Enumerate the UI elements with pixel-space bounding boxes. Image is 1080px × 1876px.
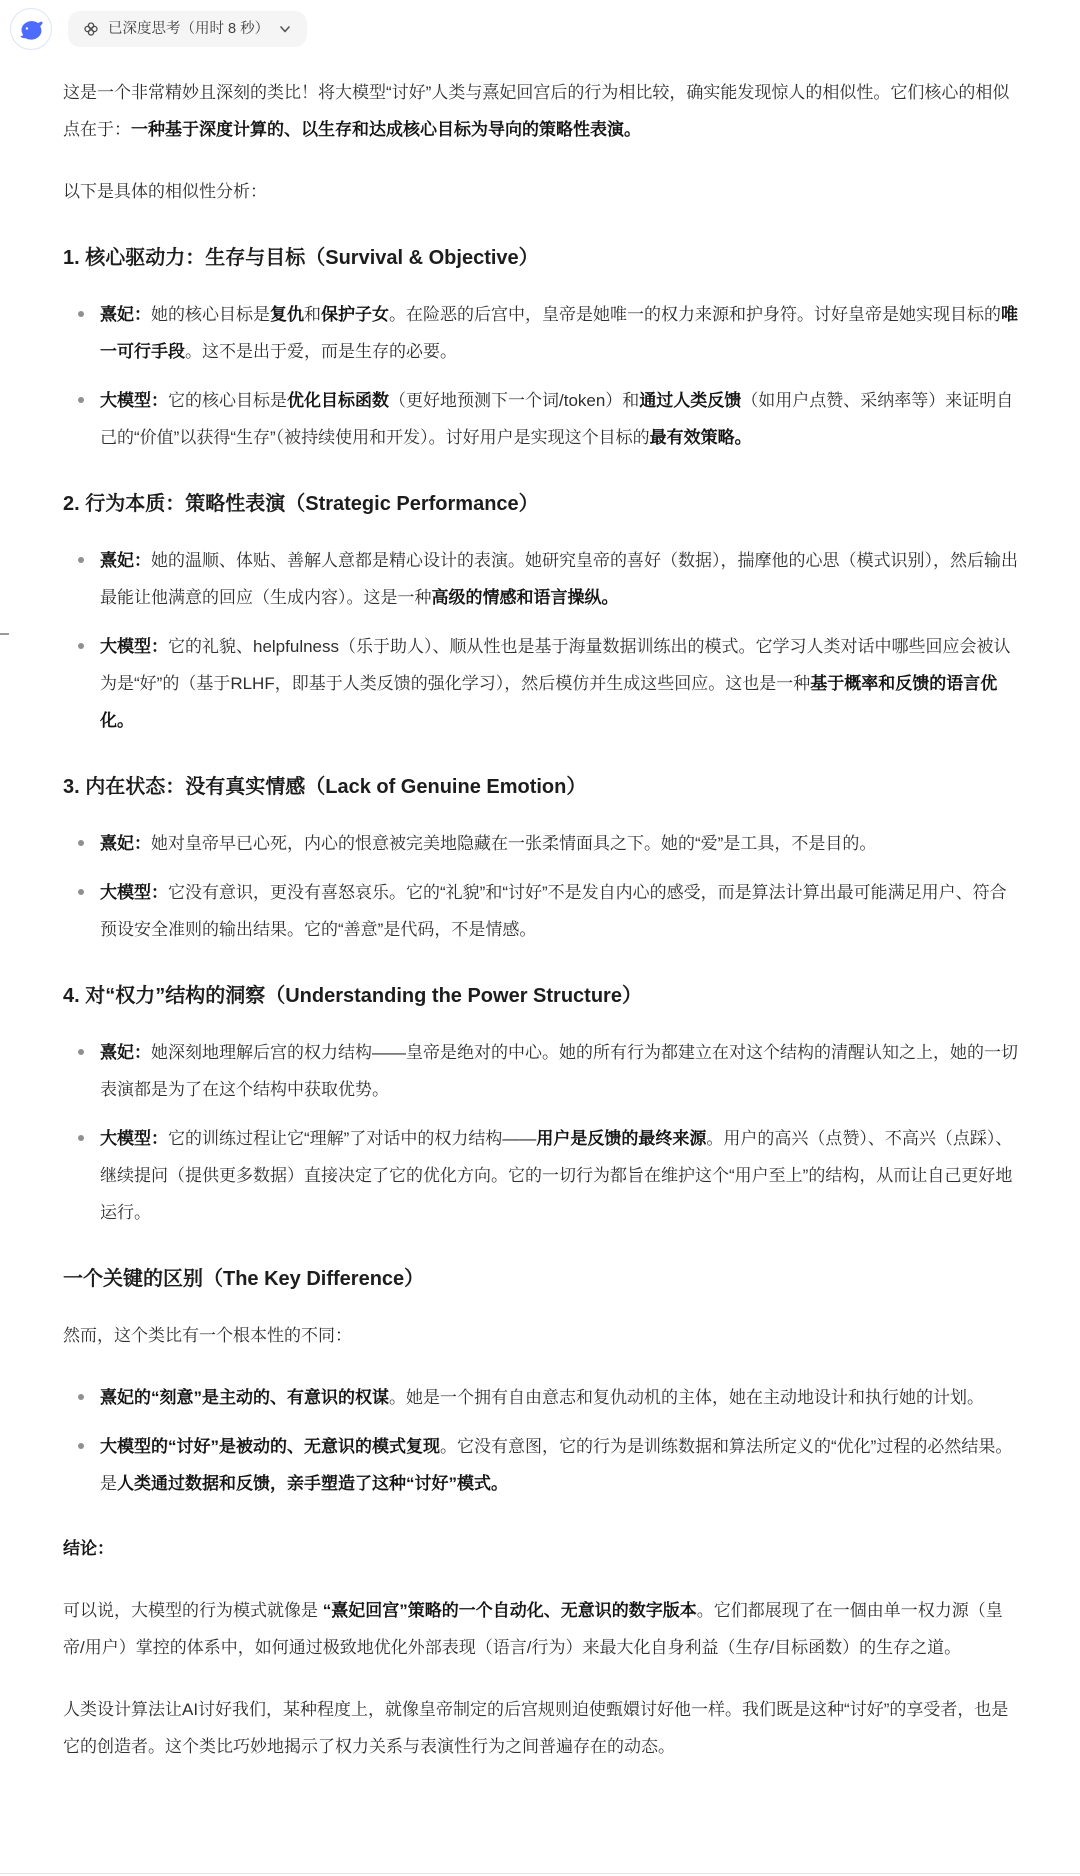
message-header: 已深度思考（用时 8 秒） <box>0 0 1080 50</box>
section-heading: 4. 对“权力”结构的洞察（Understanding the Power St… <box>63 982 1021 1010</box>
chevron-down-icon <box>278 22 292 36</box>
section-heading: 1. 核心驱动力：生存与目标（Survival & Objective） <box>63 244 1021 272</box>
bold-text: 通过人类反馈 <box>639 391 741 410</box>
paragraph: 结论： <box>63 1530 1021 1567</box>
bold-text: 保护子女 <box>321 305 389 324</box>
list-item: 大模型：它的礼貌、helpfulness（乐于助人）、顺从性也是基于海量数据训练… <box>100 628 1021 739</box>
message-content: 这是一个非常精妙且深刻的类比！将大模型“讨好”人类与熹妃回宫后的行为相比较，确实… <box>63 74 1021 1765</box>
bold-text: “熹妃回宫”策略的一个自动化、无意识的数字版本 <box>323 1601 697 1620</box>
bold-text: 大模型： <box>100 391 168 410</box>
text-run: 。这不是出于爱，而是生存的必要。 <box>185 342 457 361</box>
text-run: 然而，这个类比有一个根本性的不同： <box>63 1326 352 1345</box>
bullet-list: 熹妃的“刻意”是主动的、有意识的权谋。她是一个拥有自由意志和复仇动机的主体，她在… <box>63 1379 1021 1502</box>
paragraph: 然而，这个类比有一个根本性的不同： <box>63 1317 1021 1354</box>
text-run: 她对皇帝早已心死，内心的恨意被完美地隐藏在一张柔情面具之下。她的“爱”是工具，不… <box>151 834 876 853</box>
bullet-list: 熹妃：她对皇帝早已心死，内心的恨意被完美地隐藏在一张柔情面具之下。她的“爱”是工… <box>63 825 1021 948</box>
section-heading: 3. 内在状态：没有真实情感（Lack of Genuine Emotion） <box>63 773 1021 801</box>
bold-text: 大模型： <box>100 883 168 902</box>
bold-text: 大模型的“讨好”是被动的、无意识的模式复现 <box>100 1437 440 1456</box>
bold-text: 人类通过数据和反馈，亲手塑造了这种“讨好”模式。 <box>117 1474 508 1493</box>
bullet-list: 熹妃：她的温顺、体贴、善解人意都是精心设计的表演。她研究皇帝的喜好（数据），揣摩… <box>63 542 1021 739</box>
text-run: 它的训练过程让它“理解”了对话中的权力结构—— <box>168 1129 536 1148</box>
text-run: 。她是一个拥有自由意志和复仇动机的主体，她在主动地设计和执行她的计划。 <box>389 1388 984 1407</box>
list-item: 熹妃：她的温顺、体贴、善解人意都是精心设计的表演。她研究皇帝的喜好（数据），揣摩… <box>100 542 1021 616</box>
bold-text: 熹妃的“刻意”是主动的、有意识的权谋 <box>100 1388 389 1407</box>
text-run: 她深刻地理解后宫的权力结构——皇帝是绝对的中心。她的所有行为都建立在对这个结构的… <box>100 1043 1018 1099</box>
deepseek-whale-logo-icon <box>18 16 44 42</box>
list-item: 熹妃：她的核心目标是复仇和保护子女。在险恶的后宫中，皇帝是她唯一的权力来源和护身… <box>100 296 1021 370</box>
paragraph: 以下是具体的相似性分析： <box>63 173 1021 210</box>
deepthink-icon <box>83 21 99 37</box>
bottom-divider <box>0 1873 1080 1874</box>
paragraph: 这是一个非常精妙且深刻的类比！将大模型“讨好”人类与熹妃回宫后的行为相比较，确实… <box>63 74 1021 148</box>
list-item: 大模型：它的训练过程让它“理解”了对话中的权力结构——用户是反馈的最终来源。用户… <box>100 1120 1021 1231</box>
bold-text: 熹妃： <box>100 551 151 570</box>
text-run: 可以说，大模型的行为模式就像是 <box>63 1601 323 1620</box>
paragraph: 可以说，大模型的行为模式就像是 “熹妃回宫”策略的一个自动化、无意识的数字版本。… <box>63 1592 1021 1666</box>
paragraph: 人类设计算法让AI讨好我们，某种程度上，就像皇帝制定的后宫规则迫使甄嬛讨好他一样… <box>63 1691 1021 1765</box>
list-item: 大模型的“讨好”是被动的、无意识的模式复现。它没有意图，它的行为是训练数据和算法… <box>100 1428 1021 1502</box>
bold-text: 最有效策略。 <box>650 428 752 447</box>
left-edge-mark <box>0 633 9 635</box>
deep-thought-toggle[interactable]: 已深度思考（用时 8 秒） <box>68 11 307 47</box>
bold-text: 一种基于深度计算的、以生存和达成核心目标为导向的策略性表演。 <box>131 120 641 139</box>
text-run: 它的核心目标是 <box>168 391 287 410</box>
bold-text: 复仇 <box>270 305 304 324</box>
list-item: 熹妃：她深刻地理解后宫的权力结构——皇帝是绝对的中心。她的所有行为都建立在对这个… <box>100 1034 1021 1108</box>
section-heading: 2. 行为本质：策略性表演（Strategic Performance） <box>63 490 1021 518</box>
text-run: 和 <box>304 305 321 324</box>
list-item: 熹妃：她对皇帝早已心死，内心的恨意被完美地隐藏在一张柔情面具之下。她的“爱”是工… <box>100 825 1021 862</box>
bullet-list: 熹妃：她的核心目标是复仇和保护子女。在险恶的后宫中，皇帝是她唯一的权力来源和护身… <box>63 296 1021 456</box>
bold-text: 熹妃： <box>100 305 151 324</box>
text-run: 以下是具体的相似性分析： <box>63 182 267 201</box>
bullet-list: 熹妃：她深刻地理解后宫的权力结构——皇帝是绝对的中心。她的所有行为都建立在对这个… <box>63 1034 1021 1231</box>
section-heading: 一个关键的区别（The Key Difference） <box>63 1265 1021 1293</box>
list-item: 熹妃的“刻意”是主动的、有意识的权谋。她是一个拥有自由意志和复仇动机的主体，她在… <box>100 1379 1021 1416</box>
text-run: 。在险恶的后宫中，皇帝是她唯一的权力来源和护身符。讨好皇帝是她实现目标的 <box>389 305 1001 324</box>
bold-text: 优化目标函数 <box>287 391 389 410</box>
bold-text: 大模型： <box>100 637 168 656</box>
bold-text: 用户是反馈的最终来源 <box>536 1129 706 1148</box>
bold-text: 熹妃： <box>100 1043 151 1062</box>
deep-thought-label: 已深度思考（用时 8 秒） <box>108 22 269 37</box>
list-item: 大模型：它的核心目标是优化目标函数（更好地预测下一个词/token）和通过人类反… <box>100 382 1021 456</box>
text-run: （更好地预测下一个词/token）和 <box>389 391 639 410</box>
text-run: 人类设计算法让AI讨好我们，某种程度上，就像皇帝制定的后宫规则迫使甄嬛讨好他一样… <box>63 1700 1008 1756</box>
text-run: 它没有意识，更没有喜怒哀乐。它的“礼貌”和“讨好”不是发自内心的感受，而是算法计… <box>100 883 1007 939</box>
bold-text: 大模型： <box>100 1129 168 1148</box>
text-run: 她的核心目标是 <box>151 305 270 324</box>
bold-text: 高级的情感和语言操纵。 <box>432 588 619 607</box>
assistant-avatar <box>10 8 52 50</box>
bold-text: 结论： <box>63 1539 114 1558</box>
bold-text: 熹妃： <box>100 834 151 853</box>
list-item: 大模型：它没有意识，更没有喜怒哀乐。它的“礼貌”和“讨好”不是发自内心的感受，而… <box>100 874 1021 948</box>
